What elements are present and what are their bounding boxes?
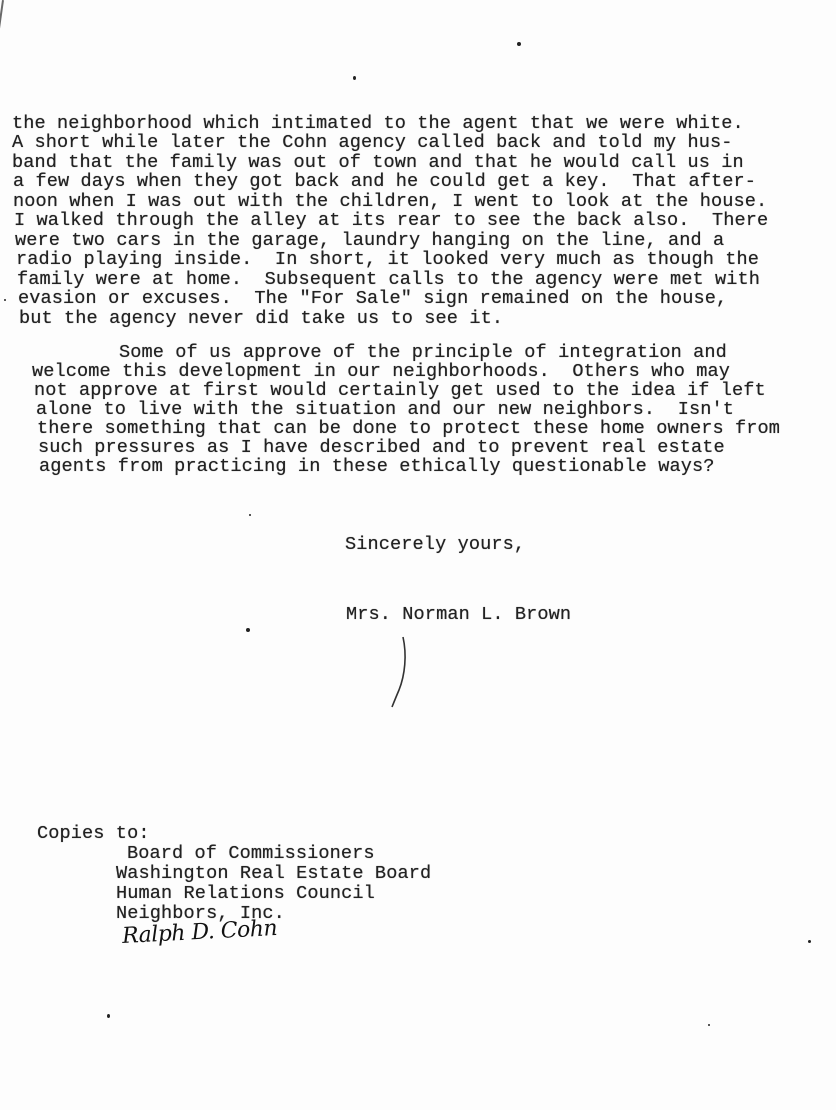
text-line: A short while later the Cohn agency call… — [12, 133, 733, 153]
text-line: were two cars in the garage, laundry han… — [15, 231, 724, 251]
text-line: welcome this development in our neighbor… — [32, 362, 730, 382]
text-line: I walked through the alley at its rear t… — [14, 211, 768, 231]
letter-page: the neighborhood which intimated to the … — [0, 0, 836, 1110]
copies-recipient: Board of Commissioners — [127, 844, 375, 864]
text-line: but the agency never did take us to see … — [19, 309, 503, 329]
scan-edge-mark — [0, 0, 7, 40]
copies-recipient: Washington Real Estate Board — [116, 864, 431, 884]
text-line: family were at home. Subsequent calls to… — [17, 270, 760, 290]
text-line: such pressures as I have described and t… — [38, 438, 725, 458]
text-line: there something that can be done to prot… — [37, 419, 780, 439]
text-line: alone to live with the situation and our… — [36, 400, 734, 420]
copies-recipient: Human Relations Council — [116, 884, 375, 904]
closing: Sincerely yours, — [345, 535, 525, 555]
text-line: Some of us approve of the principle of i… — [119, 343, 727, 363]
ink-speck — [353, 76, 356, 80]
text-line: the neighborhood which intimated to the … — [12, 114, 744, 134]
text-line: band that the family was out of town and… — [12, 153, 744, 173]
ink-speck — [107, 1014, 110, 1018]
text-line: noon when I was out with the children, I… — [13, 192, 767, 212]
ink-speck — [4, 299, 6, 301]
ink-speck — [517, 42, 521, 46]
text-line: agents from practicing in these ethicall… — [39, 457, 714, 477]
ink-speck — [246, 628, 250, 632]
text-line: not approve at first would certainly get… — [34, 381, 766, 401]
text-line: radio playing inside. In short, it looke… — [16, 250, 759, 270]
signature-name: Mrs. Norman L. Brown — [346, 605, 571, 625]
ink-speck — [808, 940, 811, 943]
ink-speck — [249, 514, 251, 516]
ink-speck — [708, 1024, 710, 1026]
copies-label: Copies to: — [37, 824, 150, 844]
text-line: evasion or excuses. The "For Sale" sign … — [18, 289, 727, 309]
pen-stroke-mark — [385, 635, 415, 710]
text-line: a few days when they got back and he cou… — [13, 172, 756, 192]
